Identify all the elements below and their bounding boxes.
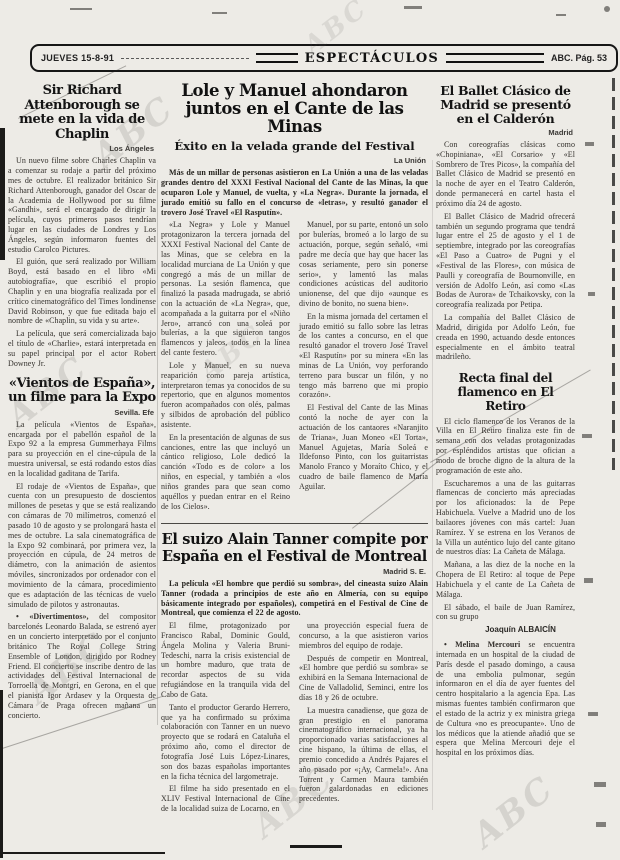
article-paragraph: El Ballet Clásico de Madrid ofrecerá tam… [436, 212, 575, 310]
vientos-headline: «Vientos de España», un filme para la Ex… [8, 377, 156, 406]
article-lole-manuel: Lole y Manuel ahondaron juntos en el Can… [161, 82, 428, 514]
article-paragraph: «La Negra» y Lole y Manuel protagonizaro… [161, 220, 290, 358]
article-paragraph: Mañana, a las diez de la noche en la Cho… [436, 560, 575, 599]
scan-speck [588, 712, 598, 716]
article-paragraph: Lole y Manuel, en su nueva reaparición c… [161, 361, 290, 430]
scan-edge-artifact [0, 128, 5, 260]
tanner-subcolumn-2: una proyección especial fuera de concurs… [299, 621, 428, 817]
article-paragraph: La película, que será comercializada baj… [8, 329, 156, 368]
column-rule [432, 160, 433, 810]
tanner-dateline: Madrid S. E. [161, 567, 426, 576]
scan-speck [588, 292, 595, 296]
lole-lead-paragraph: Más de un millar de personas asistieron … [161, 168, 428, 217]
article-paragraph: El Festival del Cante de las Minas contó… [299, 403, 428, 491]
article-paragraph: El guión, que será realizado por William… [8, 257, 156, 326]
scan-speck [404, 6, 422, 9]
scan-speck [594, 782, 606, 787]
scan-edge-artifact [290, 845, 342, 848]
lole-headline: Lole y Manuel ahondaron juntos en el Can… [161, 82, 428, 136]
scan-speck [596, 822, 606, 827]
article-paragraph: Después de competir en Montreal, «El hom… [299, 654, 428, 703]
article-paragraph: La muestra canadiense, que goza de gran … [299, 706, 428, 804]
scan-page-edge [612, 78, 615, 470]
section-title: ESPECTÁCULOS [305, 51, 439, 66]
article-paragraph: En la misma jornada del certamen el jura… [299, 312, 428, 400]
article-paragraph: El rodaje de «Vientos de España», que cu… [8, 482, 156, 610]
lole-body-columns: «La Negra» y Lole y Manuel protagonizaro… [161, 220, 428, 514]
scan-speck [604, 6, 610, 12]
retiro-byline: Joaquín ALBAICÍN [436, 625, 575, 634]
vientos-dateline: Sevilla. Efe [8, 408, 154, 417]
scan-edge-artifact [0, 852, 165, 854]
scan-speck [582, 434, 592, 438]
article-paragraph: La película «Vientos de España», encarga… [8, 420, 156, 479]
left-column: Sir Richard Attenborough se mete en la v… [8, 84, 156, 724]
newspaper-page: JUEVES 15-8-91 ESPECTÁCULOS ABC. Pág. 53… [0, 0, 620, 860]
article-paragraph: El filme, protagonizado por Francisco Ra… [161, 621, 290, 700]
article-paragraph: Con coreografías clásicas como «Chopinia… [436, 140, 575, 209]
article-retiro: Recta final del flamenco en El Retiro El… [436, 372, 575, 634]
article-vientos: «Vientos de España», un filme para la Ex… [8, 377, 156, 721]
lole-subcolumn-1: «La Negra» y Lole y Manuel protagonizaro… [161, 220, 290, 514]
column-rule [157, 180, 158, 725]
brief-lead-in: • «Divertimentos», [16, 612, 89, 621]
lole-dateline: La Unión [161, 156, 426, 165]
scan-speck [212, 12, 227, 14]
article-paragraph: El sábado, el baile de Juan Ramírez, con… [436, 603, 575, 623]
article-ballet: El Ballet Clásico de Madrid se presentó … [436, 84, 575, 362]
tanner-body-columns: El filme, protagonizado por Francisco Ra… [161, 621, 428, 817]
scan-speck [556, 14, 566, 16]
brief-lead-in: • Melina Mercouri [444, 640, 520, 649]
chaplin-dateline: Los Ángeles [8, 144, 154, 153]
article-paragraph: Manuel, por su parte, entonó un solo por… [299, 220, 428, 308]
brief-text: del compositor barcelonés Leonardo Balad… [8, 612, 156, 719]
tanner-headline: El suizo Alain Tanner compite por España… [161, 532, 428, 564]
article-paragraph: Tanto el productor Gerardo Herrero, que … [161, 703, 290, 782]
lole-subhead: Éxito en la velada grande del Festival [161, 140, 428, 154]
brief-mercouri: • Melina Mercouri se encuentra internada… [436, 640, 575, 758]
header-rule-left [121, 58, 248, 59]
page-number: ABC. Pág. 53 [551, 53, 607, 63]
scan-speck [70, 8, 92, 10]
article-paragraph: En la presentación de algunas de sus can… [161, 433, 290, 512]
tanner-lead-paragraph: La película «El hombre que perdió su som… [161, 579, 428, 618]
header-double-rule-right [446, 53, 544, 63]
lole-subcolumn-2: Manuel, por su parte, entonó un solo por… [299, 220, 428, 514]
article-paragraph: Un nuevo filme sobre Charles Chaplin va … [8, 156, 156, 254]
scan-edge-artifact [0, 690, 3, 858]
article-paragraph: El filme ha sido presentado en el XLIV F… [161, 784, 290, 813]
tanner-subcolumn-1: El filme, protagonizado por Francisco Ra… [161, 621, 290, 817]
center-column: Lole y Manuel ahondaron juntos en el Can… [161, 82, 428, 817]
article-chaplin: Sir Richard Attenborough se mete en la v… [8, 84, 156, 369]
scan-speck [585, 142, 594, 146]
article-paragraph: La compañía del Ballet Clásico de Madrid… [436, 313, 575, 362]
header-double-rule-left [256, 53, 298, 63]
right-column: El Ballet Clásico de Madrid se presentó … [436, 84, 575, 761]
abc-watermark: ABC [465, 768, 562, 856]
ballet-headline: El Ballet Clásico de Madrid se presentó … [436, 84, 575, 126]
scan-speck [584, 578, 593, 583]
article-paragraph: Escucharemos a una de las guitarras flam… [436, 479, 575, 558]
retiro-headline: Recta final del flamenco en El Retiro [436, 372, 575, 413]
article-tanner: El suizo Alain Tanner compite por España… [161, 523, 428, 817]
ballet-dateline: Madrid [436, 128, 573, 137]
article-paragraph: una proyección especial fuera de concurs… [299, 621, 428, 650]
header-date: JUEVES 15-8-91 [41, 53, 114, 63]
brief-text: se encuentra internada en un hospital de… [436, 640, 575, 757]
